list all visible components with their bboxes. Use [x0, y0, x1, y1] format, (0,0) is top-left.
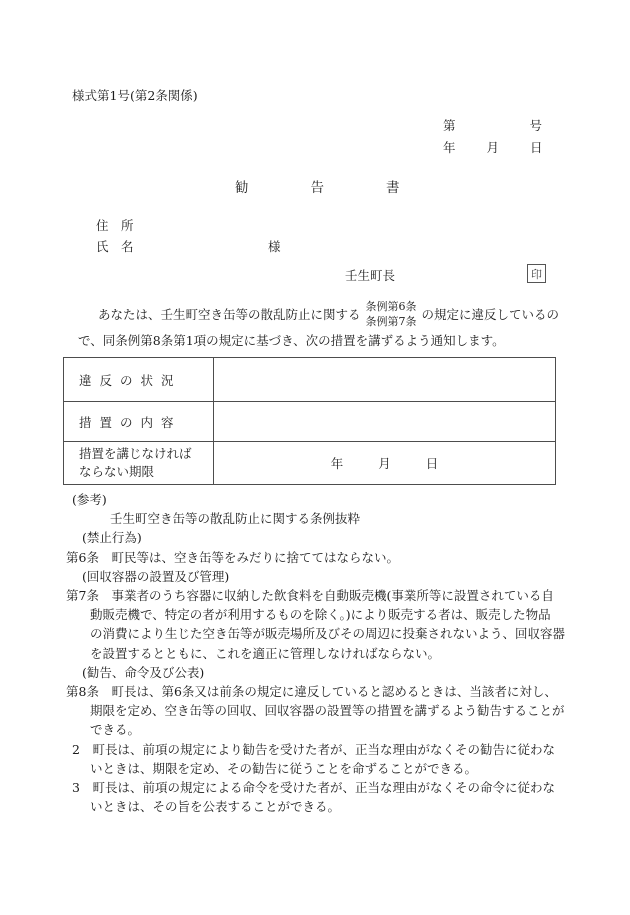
ref-line: (回収容器の設置及び管理) [66, 567, 571, 586]
deadline-label-line2: ならない期限 [79, 463, 213, 481]
honorific-label: 様 [268, 237, 281, 255]
table-row-measure: 措置の内容 [64, 402, 556, 442]
article-ref-1: 条例第6条 [366, 299, 417, 314]
reference-section: (参考) 壬生町空き缶等の散乱防止に関する条例抜粋 (禁止行為) 第6条 町民等… [66, 490, 571, 816]
ref-line: 動販売機で、特定の者が利用するものを除く。)により販売する者は、販売した物品 [66, 605, 571, 624]
form-number-label: 様式第1号(第2条関係) [72, 86, 198, 104]
issuer-title: 壬生町長 [345, 266, 395, 284]
article-references: 条例第6条 条例第7条 [366, 299, 417, 329]
ref-line: を設置するとともに、これを適正に管理しなければならない。 [66, 644, 571, 663]
date-month-label: 月 [487, 138, 500, 156]
date-line: 年 月 日 [443, 138, 543, 156]
ref-line: の消費により生じた空き缶等が販売場所及びその周辺に投棄されないよう、回収容器 [66, 624, 571, 643]
document-number-line: 第 号 [443, 116, 542, 134]
ref-line: 壬生町空き缶等の散乱防止に関する条例抜粋 [66, 509, 571, 528]
ref-line: 2 町長は、前項の規定により勧告を受けた者が、正当な理由がなくその勧告に従わな [66, 740, 571, 759]
document-title: 勧告書 [235, 176, 462, 196]
name-label: 氏 名 [96, 237, 134, 255]
ref-line: 3 町長は、前項の規定による命令を受けた者が、正当な理由がなくその命令に従わな [66, 778, 571, 797]
address-label: 住 所 [96, 216, 134, 234]
doc-number-prefix: 第 [443, 116, 456, 134]
measure-content-label: 措置の内容 [64, 402, 214, 442]
deadline-value: 年 月 日 [214, 442, 556, 485]
ref-line: 第8条 町長は、第6条又は前条の規定に違反していると認めるときは、当該者に対し、 [66, 682, 571, 701]
ref-line: できる。 [66, 720, 571, 739]
notice-text-before: あなたは、壬生町空き缶等の散乱防止に関する [98, 305, 361, 323]
ref-line: 期限を定め、空き缶等の回収、回収容器の設置等の措置を講ずるよう勧告することが [66, 701, 571, 720]
ref-line: 第7条 事業者のうち容器に収納した飲食料を自動販売機(事業所等に設置されている自 [66, 586, 571, 605]
deadline-month-label: 月 [378, 454, 391, 472]
ref-line: (禁止行為) [66, 528, 571, 547]
date-year-label: 年 [443, 138, 456, 156]
ref-line: いときは、期限を定め、その勧告に従うことを命ずることができる。 [66, 759, 571, 778]
doc-number-suffix: 号 [530, 116, 543, 134]
ref-line: (参考) [66, 490, 571, 509]
ref-line: (勧告、命令及び公表) [66, 663, 571, 682]
measure-content-value [214, 402, 556, 442]
notice-paragraph-line2: で、同条例第8条第1項の規定に基づき、次の措置を講ずるよう通知します。 [78, 331, 505, 349]
measures-table: 違反の状況 措置の内容 措置を講じなければ ならない期限 年 月 日 [63, 357, 556, 485]
violation-status-label: 違反の状況 [64, 358, 214, 402]
deadline-label-line1: 措置を講じなければ [79, 445, 213, 463]
document-page: 様式第1号(第2条関係) 第 号 年 月 日 勧告書 住 所 氏 名 様 壬生町… [0, 0, 630, 915]
deadline-year-label: 年 [331, 454, 344, 472]
table-row-violation: 違反の状況 [64, 358, 556, 402]
deadline-date-fields: 年 月 日 [214, 454, 555, 472]
article-ref-2: 条例第7条 [366, 314, 417, 329]
notice-text-after: の規定に違反しているの [422, 305, 560, 323]
deadline-day-label: 日 [426, 454, 439, 472]
deadline-label: 措置を講じなければ ならない期限 [64, 442, 214, 485]
date-day-label: 日 [530, 138, 543, 156]
ref-line: いときは、その旨を公表することができる。 [66, 797, 571, 816]
notice-paragraph-line1: あなたは、壬生町空き缶等の散乱防止に関する 条例第6条 条例第7条 の規定に違反… [98, 296, 559, 332]
seal-box: 印 [527, 264, 546, 283]
table-row-deadline: 措置を講じなければ ならない期限 年 月 日 [64, 442, 556, 485]
violation-status-value [214, 358, 556, 402]
ref-line: 第6条 町民等は、空き缶等をみだりに捨ててはならない。 [66, 548, 571, 567]
